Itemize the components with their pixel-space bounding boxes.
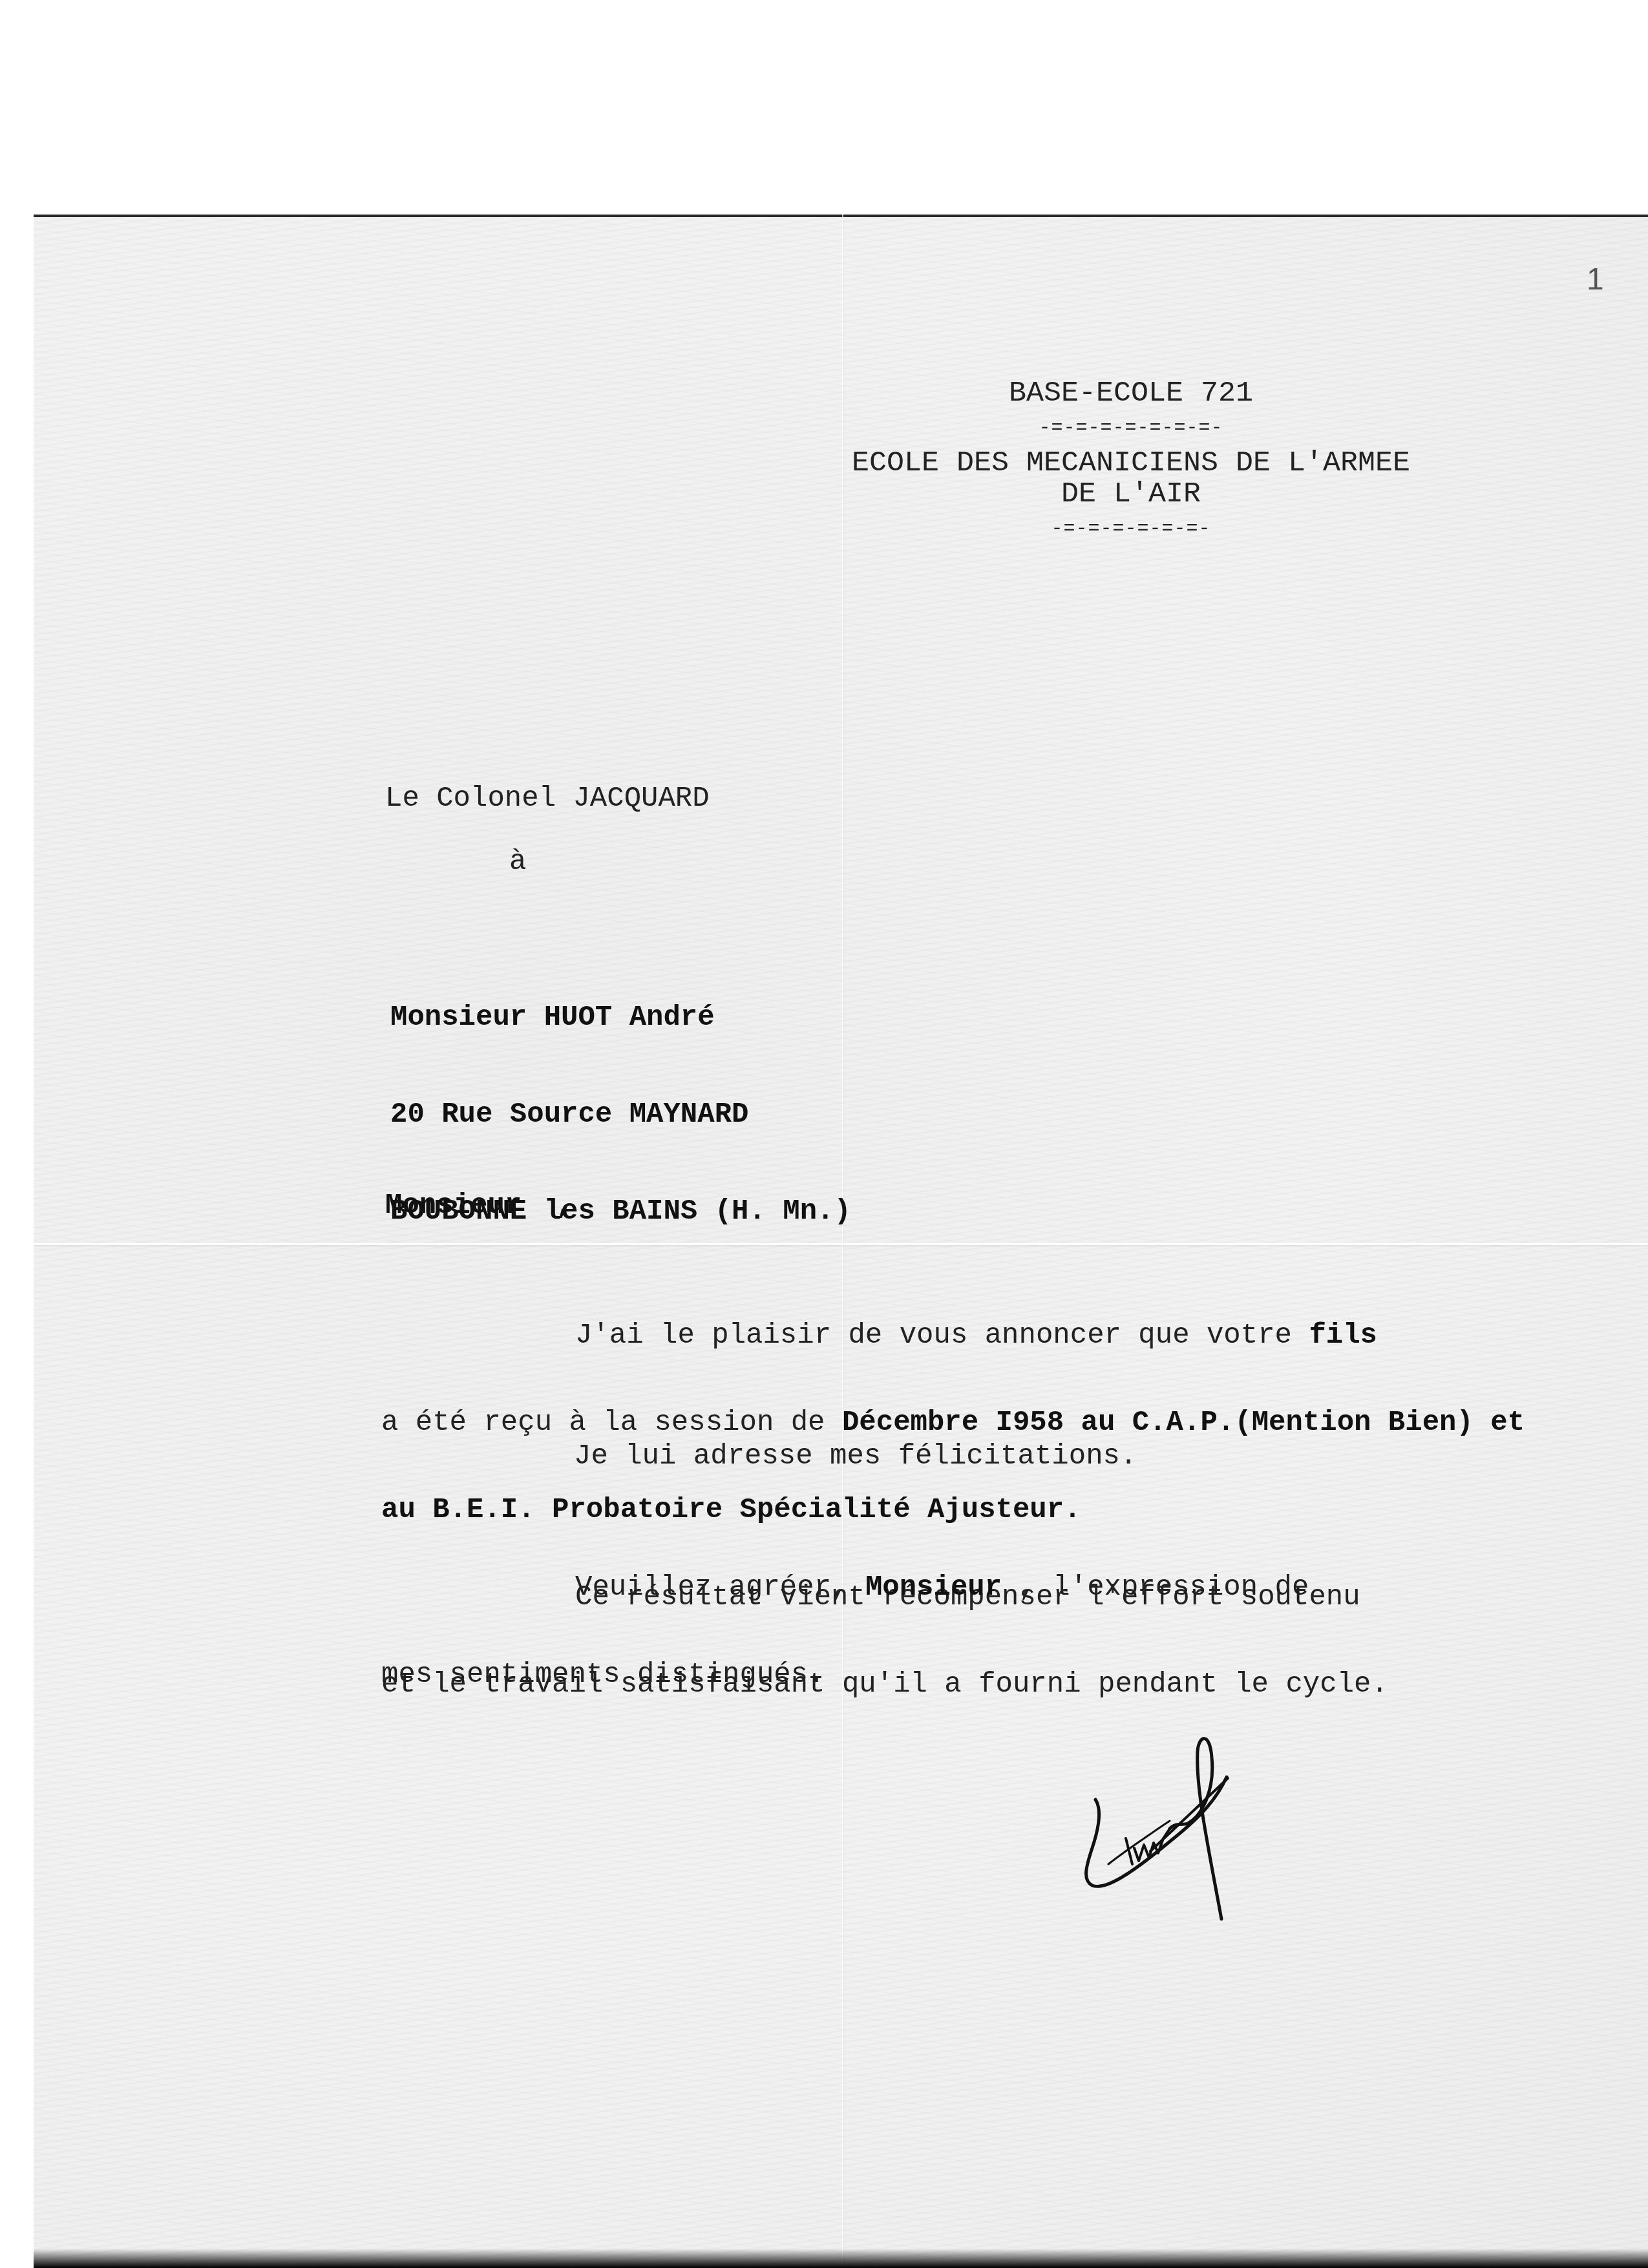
- closing-text: , l'expression de: [1002, 1571, 1309, 1604]
- body-line: J'ai le plaisir de vous annoncer que vot…: [381, 1321, 1525, 1350]
- letterhead-separator: -=-=-=-=-=-=-=-: [776, 413, 1486, 444]
- recipient-name: Monsieur HUOT André: [390, 1002, 851, 1034]
- salutation: Monsieur ,: [385, 1190, 573, 1221]
- letterhead-base: BASE-ECOLE 721: [776, 378, 1486, 409]
- body-text-bold: et: [1474, 1407, 1525, 1439]
- body-text: a été reçu à la session de: [381, 1407, 842, 1439]
- sender-line: Le Colonel JACQUARD: [385, 783, 710, 814]
- letterhead-school-cont: DE L'AIR: [776, 479, 1486, 510]
- closing-line: Veuillez agréer, Monsieur , l'expression…: [381, 1573, 1309, 1602]
- recipient-street: 20 Rue Source MAYNARD: [390, 1098, 851, 1131]
- letterhead: BASE-ECOLE 721 -=-=-=-=-=-=-=- ECOLE DES…: [776, 378, 1486, 549]
- congratulations-line: Je lui adresse mes félicitations.: [574, 1441, 1137, 1472]
- closing-formula: Veuillez agréer, Monsieur , l'expression…: [381, 1515, 1309, 1719]
- to-word: à: [509, 846, 526, 877]
- letterhead-school: ECOLE DES MECANICIENS DE L'ARMEE: [776, 448, 1486, 479]
- scan-shadow: [34, 2249, 1648, 2268]
- letterhead-separator: -=-=-=-=-=-=-: [776, 514, 1486, 545]
- page-number: 1: [1587, 262, 1604, 297]
- body-text: J'ai le plaisir de vous annoncer que vot…: [575, 1319, 1309, 1352]
- body-line: a été reçu à la session de Décembre I958…: [381, 1409, 1525, 1438]
- exam-session: Décembre I958 au C.A.P.(Mention Bien): [842, 1407, 1474, 1439]
- signature-icon: [1073, 1699, 1241, 1932]
- body-text-bold: fils: [1309, 1319, 1377, 1352]
- closing-line: mes sentiments distingués.: [381, 1661, 1309, 1690]
- closing-text: Veuillez agréer,: [575, 1571, 865, 1604]
- closing-text-bold: Monsieur: [865, 1571, 1002, 1604]
